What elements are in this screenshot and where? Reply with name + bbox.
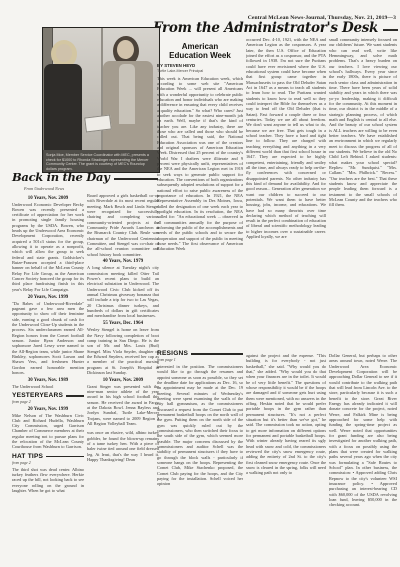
year-section-title: 20 Years, Nov. 1999 [12, 407, 84, 412]
year-section-title: 20 Years, Nov. 1999 [12, 295, 84, 300]
photo-image [43, 28, 159, 150]
article-byline-role: Turtle Lake-Mercer Principal [157, 69, 243, 73]
year-section-body: Board approved a girls basketball co-op … [87, 193, 159, 257]
year-section-body: Grant Singer was presented with the nine… [87, 384, 159, 427]
back-in-the-day-title: Back in the Day [12, 170, 109, 184]
person-left-body [44, 64, 82, 150]
year-section-title: 55 Years, Dec. 1964 [87, 321, 159, 326]
hat-tips-title: HAT TIPS [12, 453, 43, 460]
title-rule [191, 353, 243, 354]
photo-caption: Sonja Moe, Member Service Coordinator wi… [43, 150, 159, 172]
hat-tips-continuation: was once an elusive, wild, albino turkey… [87, 430, 159, 462]
title-rule [383, 29, 398, 31]
back-in-the-day-section: Back in the Day [12, 170, 158, 184]
year-section-title: 10 Years, Nov. 2009 [87, 378, 159, 383]
title-rule [46, 456, 84, 457]
year-section-title: 30 Years, Nov. 1989 [12, 378, 84, 383]
resigns-title: RESIGNS [157, 350, 188, 357]
check-prop [84, 114, 112, 132]
article-byline: BY STEVEN HEYD [157, 63, 243, 68]
admin-desk-section: From the Administrator's Desk [153, 20, 398, 36]
yesteryears-continued: from page 2 [12, 400, 84, 404]
title-rule [66, 395, 84, 396]
admin-desk-col3: small community intensely focused on our… [329, 37, 397, 347]
year-section-title: 40 Years, Nov. 1979 [87, 259, 159, 264]
admin-desk-col2: occurred Dec. 4-10, 1921, with the NEA a… [246, 37, 326, 347]
year-section-body: Wesley Stengel is home on leave from the… [87, 327, 159, 375]
year-section-body: The Underwood School [12, 384, 84, 389]
year-section-body: Underwood Economic Developer Becky Bowen… [12, 202, 84, 293]
bitd-col2: Board approved a girls basketball co-op … [87, 193, 159, 462]
year-section-body: "Da Babes of Underwood-Riverdale" pagean… [12, 301, 84, 376]
admin-desk-title: From the Administrator's Desk [153, 20, 378, 36]
back-in-the-day-source: From Underwood News [24, 186, 64, 191]
year-section-body: A long silence at Tuesday night's city c… [87, 265, 159, 318]
yesteryears-body: Mike Nelson of The Washburn Civic Club a… [12, 413, 84, 450]
hat-tips-header: HAT TIPS [12, 453, 84, 460]
resigns-col3: Dollar General, but perhaps to other are… [329, 353, 397, 558]
resigns-col2: against the project and the expense. "Th… [246, 353, 326, 558]
article-body-col1: This week is American Education week, wh… [157, 76, 243, 338]
resigns-body-col1: interested in the position. The commissi… [157, 364, 243, 559]
bitd-col1: 10 Years, Nov. 2009 Underwood Economic D… [12, 193, 84, 493]
person-left-face [56, 44, 72, 62]
admin-desk-col1: American Education Week BY STEVEN HEYD T… [157, 43, 243, 338]
person-right-face [117, 40, 134, 59]
resigns-col1: RESIGNS from page 1 interested in the po… [157, 350, 243, 559]
title-rule [114, 178, 158, 180]
yesteryears-title: YESTERYEARS [12, 392, 63, 399]
person-right-shirt [119, 64, 135, 124]
article-headline: American Education Week [163, 43, 237, 60]
yesteryears-header: YESTERYEARS [12, 392, 84, 399]
resigns-header: RESIGNS [157, 350, 243, 357]
resigns-continued: from page 1 [157, 358, 243, 362]
hat-tips-body: The third shot was dead center. Albino t… [12, 467, 84, 494]
hat-tips-continued: from page 2 [12, 461, 84, 465]
news-photo: Sonja Moe, Member Service Coordinator wi… [42, 27, 160, 173]
year-section-title: 10 Years, Nov. 2009 [12, 196, 84, 201]
